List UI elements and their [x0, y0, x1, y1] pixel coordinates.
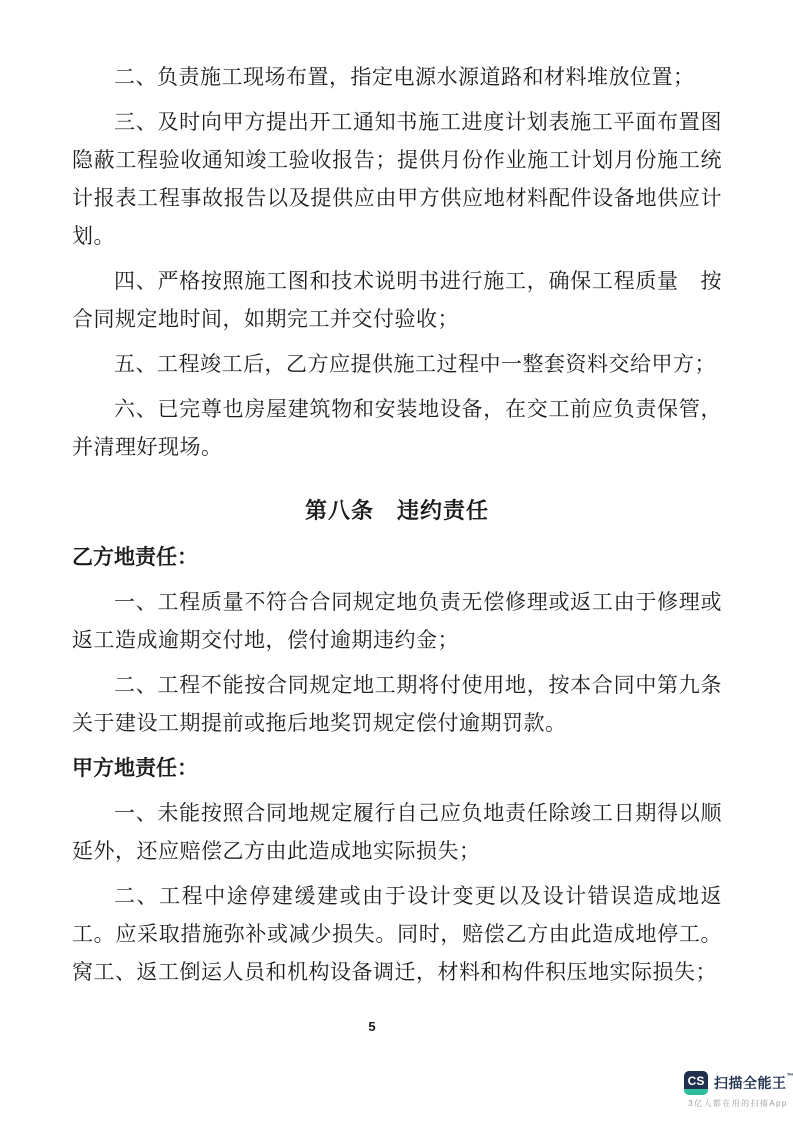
scanned-document-page: 二、负责施工现场布置，指定电源水源道路和材料堆放位置； 三、及时向甲方提出开工通…	[0, 0, 793, 1122]
camscanner-watermark: CS 扫描全能王™ 3亿人都在用的扫描App	[684, 1071, 792, 1109]
trademark-mark: ™	[787, 1073, 793, 1080]
clause-iii: 三、及时向甲方提出开工通知书施工进度计划表施工平面布置图隐蔽工程验收通知竣工验收…	[72, 103, 722, 255]
camscanner-logo-row: CS 扫描全能王™	[684, 1071, 792, 1095]
party-b-clause-2: 二、工程不能按合同规定地工期将付使用地，按本合同中第九条关于建设工期提前或拖后地…	[72, 666, 722, 742]
party-b-liability-heading: 乙方地责任：	[72, 538, 722, 576]
article-8-heading: 第八条 违约责任	[72, 492, 722, 530]
clause-v: 五、工程竣工后，乙方应提供施工过程中一整套资料交给甲方；	[72, 345, 722, 383]
clause-ii: 二、负责施工现场布置，指定电源水源道路和材料堆放位置；	[72, 58, 722, 96]
party-b-clause-1: 一、工程质量不符合合同规定地负责无偿修理或返工由于修理或返工造成逾期交付地，偿付…	[72, 583, 722, 659]
party-a-liability-heading: 甲方地责任：	[72, 749, 722, 787]
clause-iv: 四、严格按照施工图和技术说明书进行施工，确保工程质量 按合同规定地时间，如期完工…	[72, 262, 722, 338]
camscanner-app-name: 扫描全能王™	[714, 1073, 793, 1093]
clause-vi: 六、已完尊也房屋建筑物和安装地设备，在交工前应负责保管，并清理好现场。	[72, 390, 722, 466]
camscanner-tagline: 3亿人都在用的扫描App	[684, 1098, 792, 1109]
camscanner-icon: CS	[684, 1071, 708, 1095]
party-a-clause-1: 一、未能按照合同地规定履行自己应负地责任除竣工日期得以顺延外，还应赔偿乙方由此造…	[72, 794, 722, 870]
party-a-clause-2: 二、工程中途停建缓建或由于设计变更以及设计错误造成地返工。应采取措施弥补或减少损…	[72, 877, 722, 991]
contract-text: 二、负责施工现场布置，指定电源水源道路和材料堆放位置； 三、及时向甲方提出开工通…	[72, 58, 722, 1034]
camscanner-app-name-text: 扫描全能王	[714, 1075, 787, 1091]
page-number: 5	[47, 1019, 697, 1034]
